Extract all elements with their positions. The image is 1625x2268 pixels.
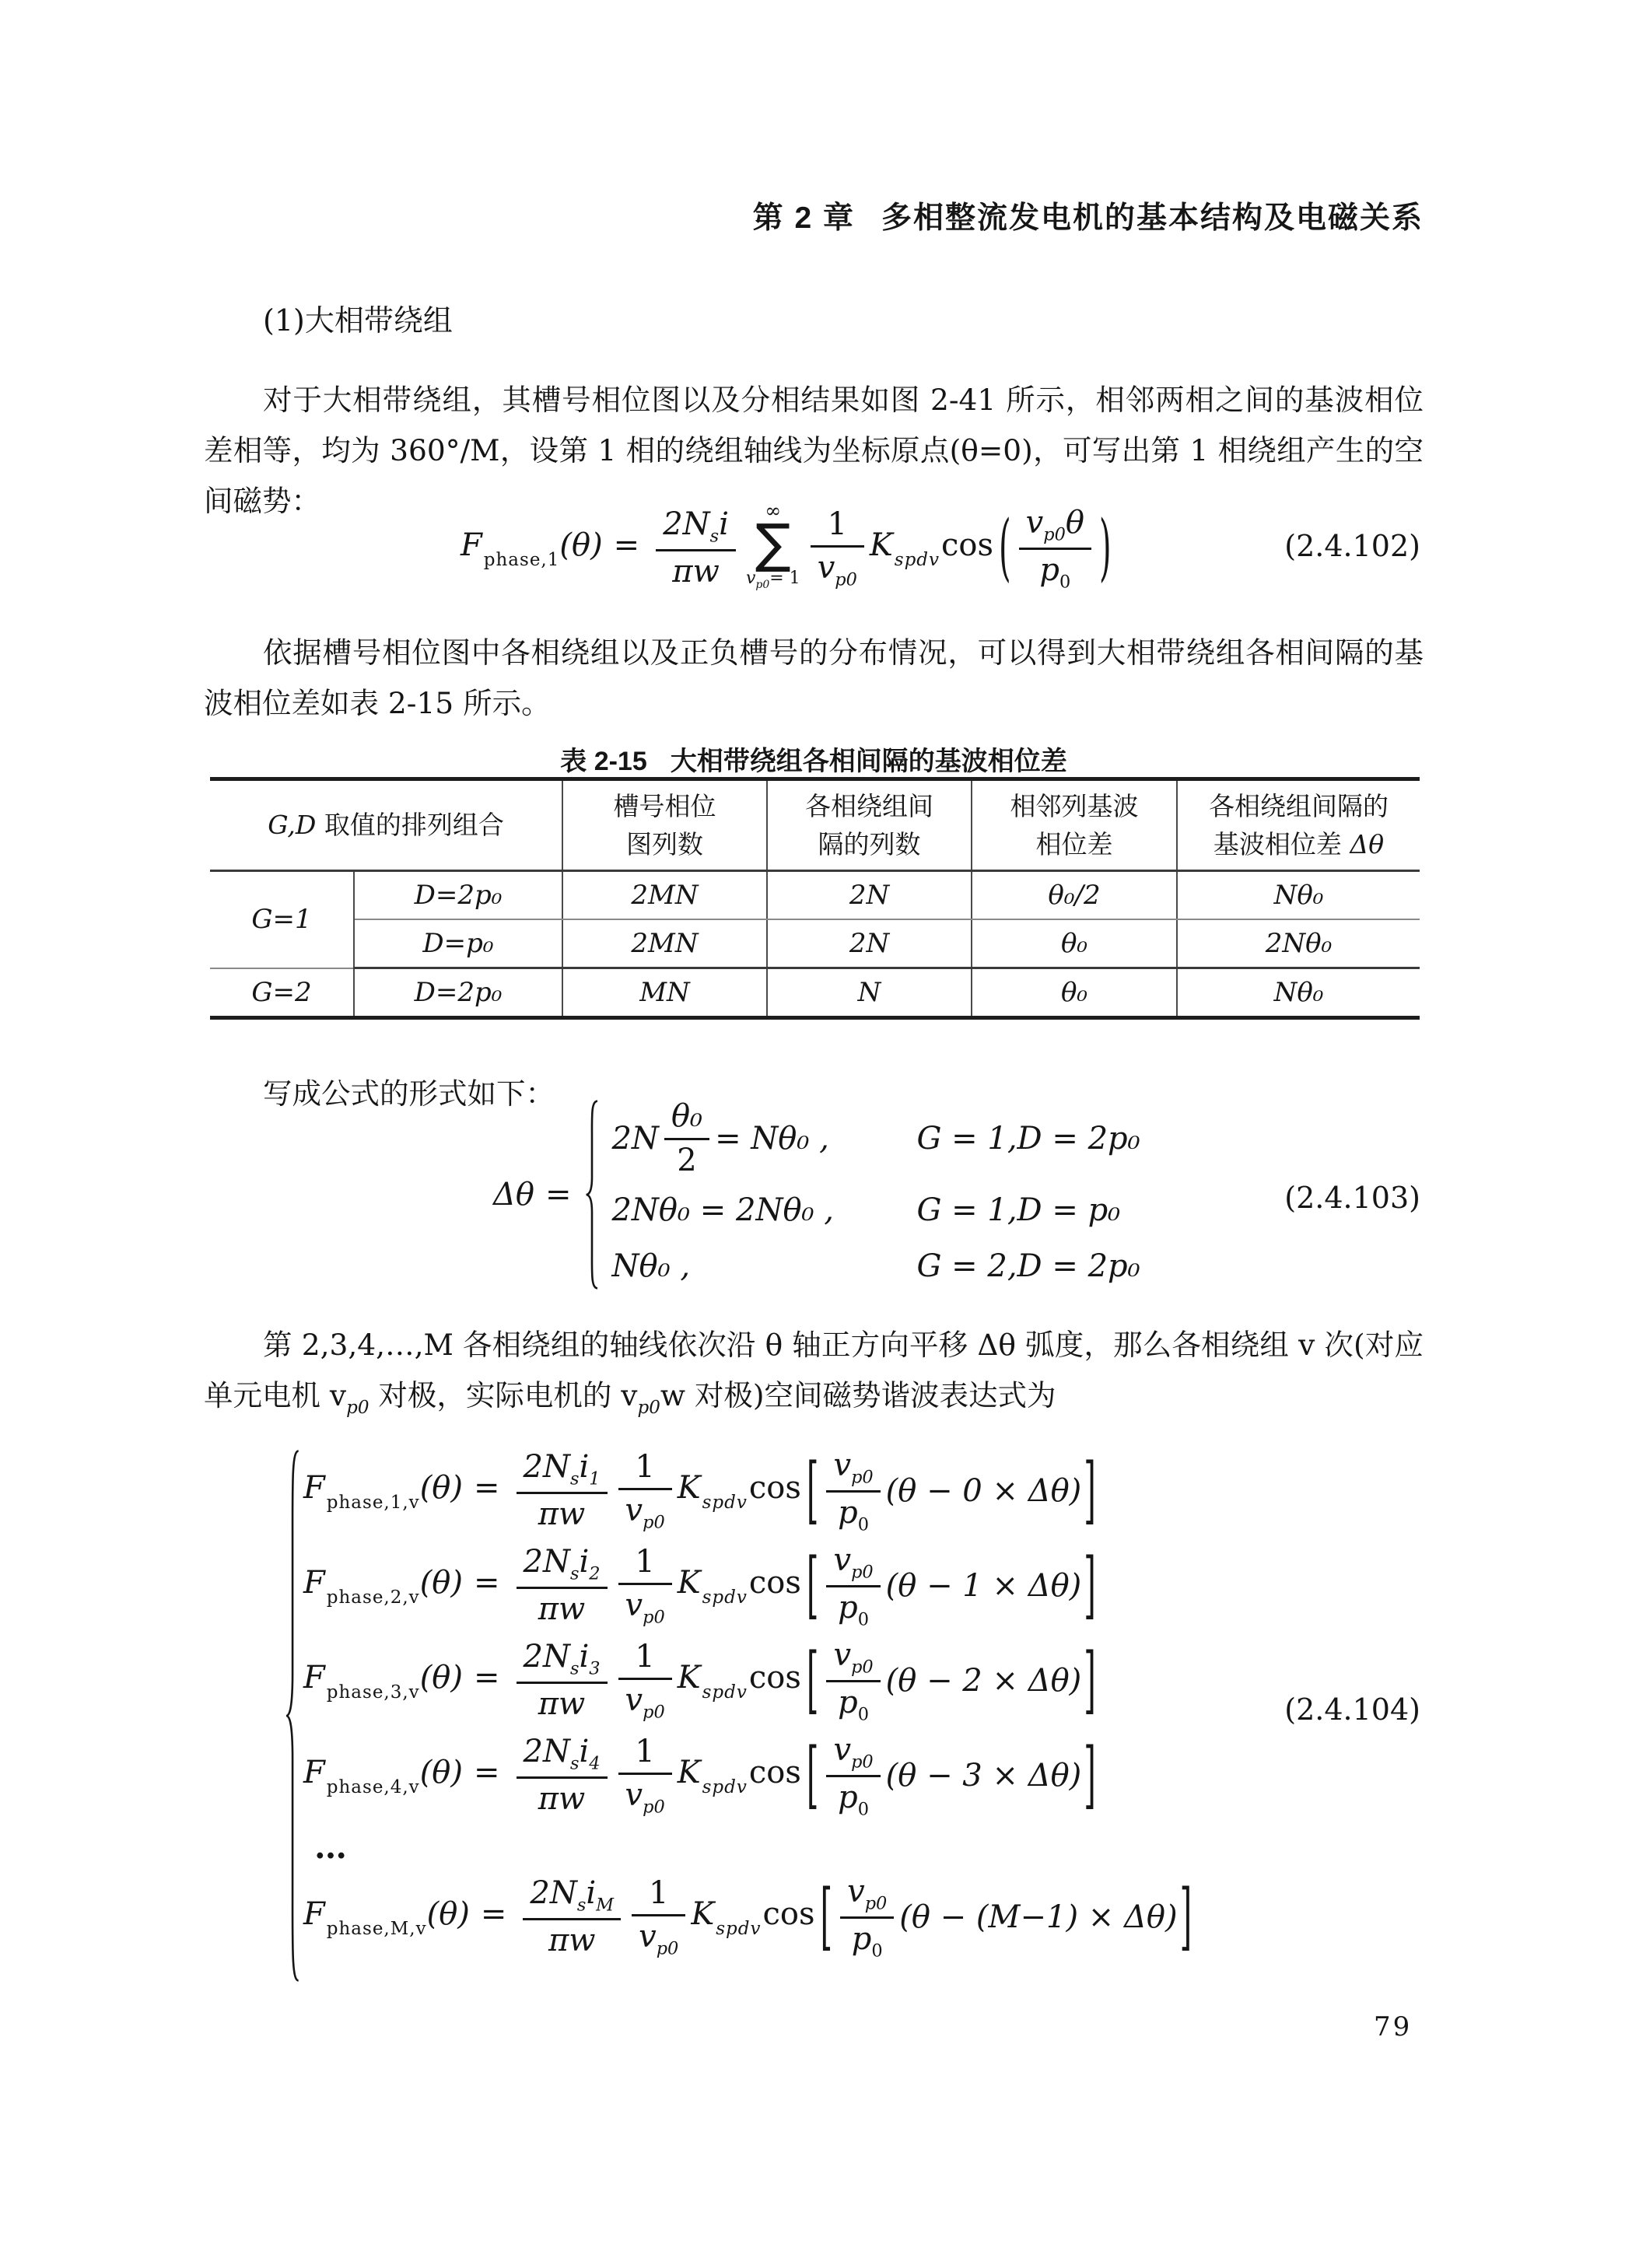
system-brace: [282, 1447, 302, 1985]
equation-104-line: Fphase,4,v(θ)= 2Nsi4πw 1vp0 Kspdvcos [ v…: [303, 1728, 1194, 1823]
chapter-title: 多相整流发电机的基本结构及电磁关系: [881, 201, 1424, 235]
equation-104-line: Fphase,1,v(θ)= 2Nsi1πw 1vp0 Kspdvcos [ v…: [303, 1444, 1194, 1538]
summation: ∞ ∑ vp0= 1: [746, 502, 800, 595]
cases-brace: [582, 1098, 601, 1291]
eq102-angle-fraction: vp0θ p0: [1019, 502, 1091, 595]
left-bracket: [: [807, 1544, 819, 1628]
chapter-label: 第 2 章: [753, 201, 855, 235]
paragraph-4: 第 2,3,4,…,M 各相绕组的轴线依次沿 θ 轴正方向平移 Δθ 弧度，那么…: [204, 1320, 1424, 1433]
cell-phase: θ₀: [972, 968, 1177, 1018]
cell-g2: G=2: [210, 968, 354, 1018]
left-bracket: [: [820, 1875, 832, 1959]
right-bracket: ]: [1084, 1449, 1096, 1533]
header-cell-adjacent-phase: 相邻列基波相位差: [972, 779, 1177, 871]
eq103-lhs: Δθ=: [493, 1177, 582, 1213]
eq102-K-factor: Kspdvcos: [870, 527, 996, 570]
table-row: G=2 D=2p₀ MN N θ₀ Nθ₀: [210, 968, 1420, 1018]
case-condition: G = 1,D = p₀: [916, 1192, 1120, 1228]
case-condition: G = 1,D = 2p₀: [916, 1121, 1140, 1157]
case-row: 2Nθ₀ = 2Nθ₀ , G = 1,D = p₀: [611, 1182, 1140, 1238]
table-caption-text: 大相带绕组各相间隔的基波相位差: [671, 747, 1067, 776]
paragraph-2: 依据槽号相位图中各相绕组以及正负槽号的分布情况，可以得到大相带绕组各相间隔的基波…: [204, 628, 1424, 729]
cell-cols: 2MN: [562, 919, 767, 968]
eq102-coeff-fraction: 2Nsi πw: [656, 504, 736, 593]
right-bracket: ]: [1084, 1639, 1096, 1723]
cell-phase: θ₀: [972, 919, 1177, 968]
table-caption-label: 表 2-15: [560, 747, 647, 776]
equation-102: Fphase,1(θ)= 2Nsi πw ∞ ∑ vp0= 1 1 vp0 Ks…: [204, 502, 1424, 594]
cell-d: D=p₀: [354, 919, 562, 968]
equation-103: Δθ= 2Nθ₀2= Nθ₀ , G = 1,D = 2p₀ 2Nθ₀ = 2N…: [204, 1095, 1424, 1294]
eq102-harmonic-fraction: 1 vp0: [811, 504, 864, 593]
table-row: G=1 D=2p₀ 2MN 2N θ₀/2 Nθ₀: [210, 871, 1420, 920]
header-cell-gd: G,D 取值的排列组合: [210, 779, 562, 871]
cell-cols: 2MN: [562, 871, 767, 920]
cell-dtheta: 2Nθ₀: [1177, 919, 1420, 968]
page-number: 79: [1374, 2011, 1412, 2042]
right-bracket: ]: [1084, 1544, 1096, 1628]
table-caption: 表 2-15大相带绕组各相间隔的基波相位差: [204, 740, 1424, 778]
header-cell-winding-interval: 各相绕组间隔的列数: [767, 779, 972, 871]
cell-cols: MN: [562, 968, 767, 1018]
cell-g1: G=1: [210, 871, 354, 968]
cell-d: D=2p₀: [354, 968, 562, 1018]
equation-104-line: Fphase,2,v(θ)= 2Nsi2πw 1vp0 Kspdvcos [ v…: [303, 1538, 1194, 1633]
case-row: 2Nθ₀2= Nθ₀ , G = 1,D = 2p₀: [611, 1095, 1140, 1182]
cell-n: 2N: [767, 871, 972, 920]
cell-n: 2N: [767, 919, 972, 968]
left-bracket: [: [807, 1639, 819, 1723]
eq102-lhs: Fphase,1(θ)=: [461, 527, 650, 570]
header-cell-slot-columns: 槽号相位图列数: [562, 779, 767, 871]
cell-d: D=2p₀: [354, 871, 562, 920]
equation-number-103: (2.4.103): [1284, 1181, 1420, 1215]
table-row: D=p₀ 2MN 2N θ₀ 2Nθ₀: [210, 919, 1420, 968]
equation-104-line: Fphase,3,v(θ)= 2Nsi3πw 1vp0 Kspdvcos [ v…: [303, 1633, 1194, 1728]
equation-number-102: (2.4.102): [1284, 529, 1420, 563]
cell-dtheta: Nθ₀: [1177, 968, 1420, 1018]
phase-difference-table: G,D 取值的排列组合 槽号相位图列数 各相绕组间隔的列数 相邻列基波相位差 各…: [210, 777, 1420, 1020]
left-bracket: [: [807, 1734, 819, 1818]
cell-n: N: [767, 968, 972, 1018]
cell-phase: θ₀/2: [972, 871, 1177, 920]
left-paren: (: [999, 506, 1011, 590]
case-condition: G = 2,D = 2p₀: [916, 1248, 1140, 1284]
sigma-symbol: ∑: [755, 520, 791, 569]
running-header: 第 2 章多相整流发电机的基本结构及电磁关系: [204, 194, 1424, 237]
right-bracket: ]: [1084, 1734, 1096, 1818]
equation-102-body: Fphase,1(θ)= 2Nsi πw ∞ ∑ vp0= 1 1 vp0 Ks…: [461, 502, 1114, 595]
header-cell-fundamental-diff: 各相绕组间隔的基波相位差 Δθ: [1177, 779, 1420, 871]
right-paren: ): [1099, 506, 1112, 590]
right-bracket: ]: [1180, 1875, 1192, 1959]
cell-dtheta: Nθ₀: [1177, 871, 1420, 920]
item-title: (1)大相带绕组: [263, 296, 453, 339]
ellipsis-row: …: [303, 1823, 1194, 1870]
case-row: Nθ₀ , G = 2,D = 2p₀: [611, 1238, 1140, 1294]
left-bracket: [: [807, 1449, 819, 1533]
equation-104-line: Fphase,M,v(θ)= 2NsiMπw 1vp0 Kspdvcos [ v…: [303, 1870, 1194, 1965]
equation-number-104: (2.4.104): [1284, 1692, 1420, 1727]
table-header-row: G,D 取值的排列组合 槽号相位图列数 各相绕组间隔的列数 相邻列基波相位差 各…: [210, 779, 1420, 871]
equation-104: Fphase,1,v(θ)= 2Nsi1πw 1vp0 Kspdvcos [ v…: [204, 1444, 1424, 1996]
document-page: 第 2 章多相整流发电机的基本结构及电磁关系 (1)大相带绕组 对于大相带绕组，…: [0, 0, 1625, 2268]
